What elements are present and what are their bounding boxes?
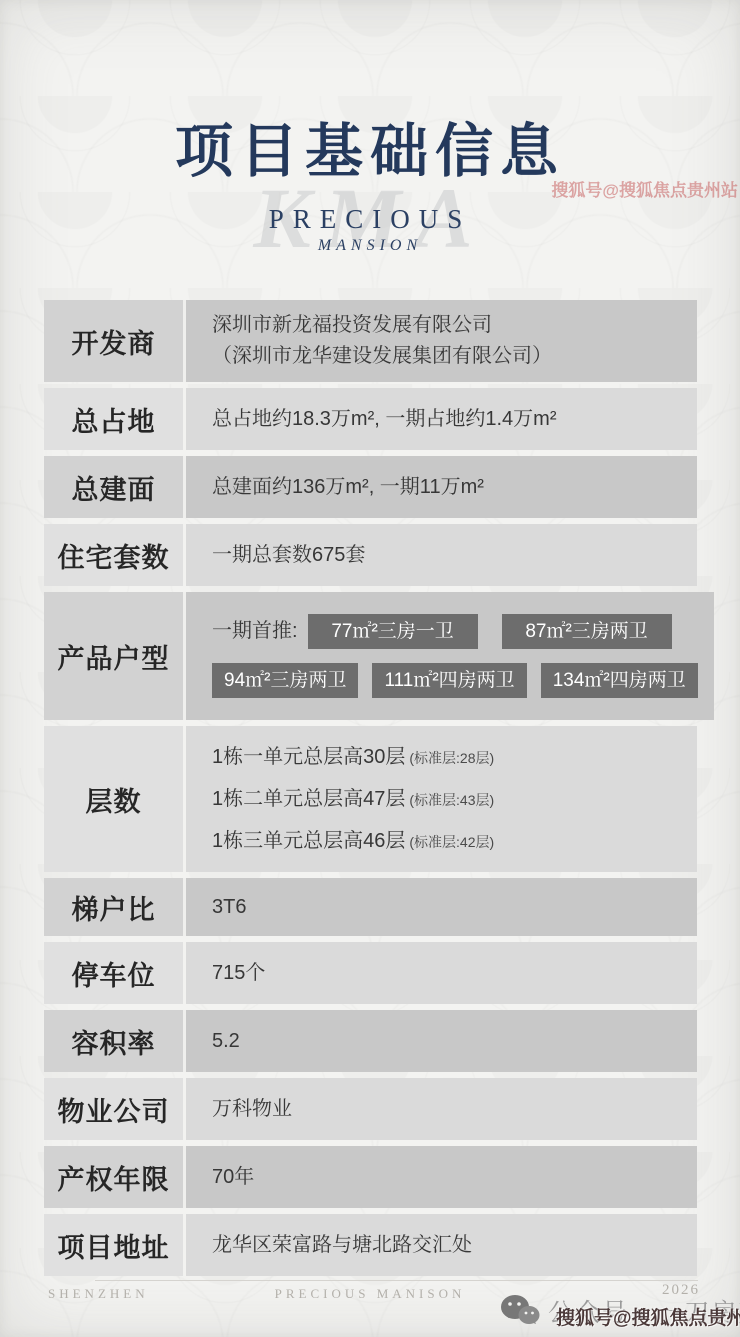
floor-note: (标准层:42层) — [409, 828, 494, 857]
table-row-floors: 层数 1栋一单元总层高30层 (标准层:28层) 1栋二单元总层高47层 (标准… — [44, 726, 697, 872]
floor-note: (标准层:28层) — [409, 744, 494, 773]
floor-note: (标准层:43层) — [409, 786, 494, 815]
floor-line: 1栋二单元总层高47层 (标准层:43层) — [212, 778, 681, 820]
floor-line: 1栋一单元总层高30层 (标准层:28层) — [212, 736, 681, 778]
table-row-developer: 开发商 深圳市新龙福投资发展有限公司 （深圳市龙华建设发展集团有限公司） — [44, 300, 697, 382]
row-value: 3T6 — [186, 878, 697, 936]
plot-ratio-value: 5.2 — [212, 1026, 681, 1057]
brand-line-mansion: MANSION — [0, 237, 740, 255]
total-built-area-value: 总建面约136万m², 一期11万m² — [212, 472, 681, 503]
sohu-watermark-top: 搜狐号@搜狐焦点贵州站 — [551, 176, 738, 201]
row-value: 一期总套数675套 — [186, 524, 697, 586]
property-management-value: 万科物业 — [212, 1094, 681, 1125]
tag-line-1: 一期首推: 77㎡²三房一卫 87㎡²三房两卫 — [212, 614, 698, 649]
row-value: 一期首推: 77㎡²三房一卫 87㎡²三房两卫 94㎡²三房两卫 111㎡²四房… — [186, 592, 714, 720]
footer-divider — [95, 1280, 698, 1281]
row-label: 项目地址 — [44, 1214, 186, 1276]
floor-main: 1栋一单元总层高30层 — [212, 736, 405, 778]
table-row-property-management: 物业公司 万科物业 — [44, 1078, 697, 1140]
wechat-icon — [500, 1294, 540, 1328]
row-value: 深圳市新龙福投资发展有限公司 （深圳市龙华建设发展集团有限公司） — [186, 300, 697, 382]
unit-type-tag: 94㎡²三房两卫 — [212, 663, 358, 698]
row-label: 产权年限 — [44, 1146, 186, 1208]
unit-type-tag: 134㎡²四房两卫 — [541, 663, 698, 698]
tag-line-2: 94㎡²三房两卫 111㎡²四房两卫 134㎡²四房两卫 — [212, 663, 698, 698]
footer-brand: PRECIOUS MANISON — [275, 1286, 466, 1302]
row-label: 产品户型 — [44, 592, 186, 720]
table-row-parking: 停车位 715个 — [44, 942, 697, 1004]
project-info-table: 开发商 深圳市新龙福投资发展有限公司 （深圳市龙华建设发展集团有限公司） 总占地… — [44, 300, 697, 1282]
table-row-project-address: 项目地址 龙华区荣富路与塘北路交汇处 — [44, 1214, 697, 1276]
project-address-value: 龙华区荣富路与塘北路交汇处 — [212, 1230, 681, 1261]
row-label: 层数 — [44, 726, 186, 872]
unit-type-tag: 77㎡²三房一卫 — [308, 614, 478, 649]
row-label: 停车位 — [44, 942, 186, 1004]
row-label: 梯户比 — [44, 878, 186, 936]
row-value: 万科物业 — [186, 1078, 697, 1140]
developer-line-2: （深圳市龙华建设发展集团有限公司） — [212, 341, 681, 372]
floor-main: 1栋二单元总层高47层 — [212, 778, 405, 820]
row-label: 开发商 — [44, 300, 186, 382]
table-row-housing-units: 住宅套数 一期总套数675套 — [44, 524, 697, 586]
row-value: 龙华区荣富路与塘北路交汇处 — [186, 1214, 697, 1276]
poster-page: KMA 项目基础信息 PRECIOUS MANSION 搜狐号@搜狐焦点贵州站 … — [0, 0, 740, 1337]
sohu-watermark-bottom: 搜狐号@搜狐焦点贵州站 — [556, 1303, 740, 1330]
total-land-value: 总占地约18.3万m², 一期占地约1.4万m² — [212, 404, 681, 435]
footer-city: SHENZHEN — [48, 1286, 149, 1302]
tags-prefix: 一期首推: — [212, 616, 298, 647]
row-value: 总占地约18.3万m², 一期占地约1.4万m² — [186, 388, 697, 450]
table-row-product-types: 产品户型 一期首推: 77㎡²三房一卫 87㎡²三房两卫 94㎡²三房两卫 11… — [44, 592, 697, 720]
ownership-years-value: 70年 — [212, 1162, 681, 1193]
elevator-ratio-value: 3T6 — [212, 892, 681, 923]
row-value: 1栋一单元总层高30层 (标准层:28层) 1栋二单元总层高47层 (标准层:4… — [186, 726, 697, 872]
row-value: 5.2 — [186, 1010, 697, 1072]
row-label: 总占地 — [44, 388, 186, 450]
row-label: 物业公司 — [44, 1078, 186, 1140]
housing-units-value: 一期总套数675套 — [212, 540, 681, 571]
table-row-elevator-ratio: 梯户比 3T6 — [44, 878, 697, 936]
table-row-ownership-years: 产权年限 70年 — [44, 1146, 697, 1208]
table-row-plot-ratio: 容积率 5.2 — [44, 1010, 697, 1072]
developer-line-1: 深圳市新龙福投资发展有限公司 — [212, 310, 681, 341]
floor-main: 1栋三单元总层高46层 — [212, 820, 405, 862]
row-value: 70年 — [186, 1146, 697, 1208]
header: KMA 项目基础信息 PRECIOUS MANSION — [0, 0, 740, 255]
brand-line-precious: PRECIOUS — [0, 204, 740, 235]
row-value: 总建面约136万m², 一期11万m² — [186, 456, 697, 518]
table-row-total-built-area: 总建面 总建面约136万m², 一期11万m² — [44, 456, 697, 518]
row-label: 住宅套数 — [44, 524, 186, 586]
unit-type-tag: 111㎡²四房两卫 — [372, 663, 526, 698]
unit-type-tag: 87㎡²三房两卫 — [502, 614, 672, 649]
parking-value: 715个 — [212, 958, 681, 989]
row-value: 715个 — [186, 942, 697, 1004]
row-label: 总建面 — [44, 456, 186, 518]
table-row-total-land: 总占地 总占地约18.3万m², 一期占地约1.4万m² — [44, 388, 697, 450]
floor-line: 1栋三单元总层高46层 (标准层:42层) — [212, 820, 681, 862]
row-label: 容积率 — [44, 1010, 186, 1072]
